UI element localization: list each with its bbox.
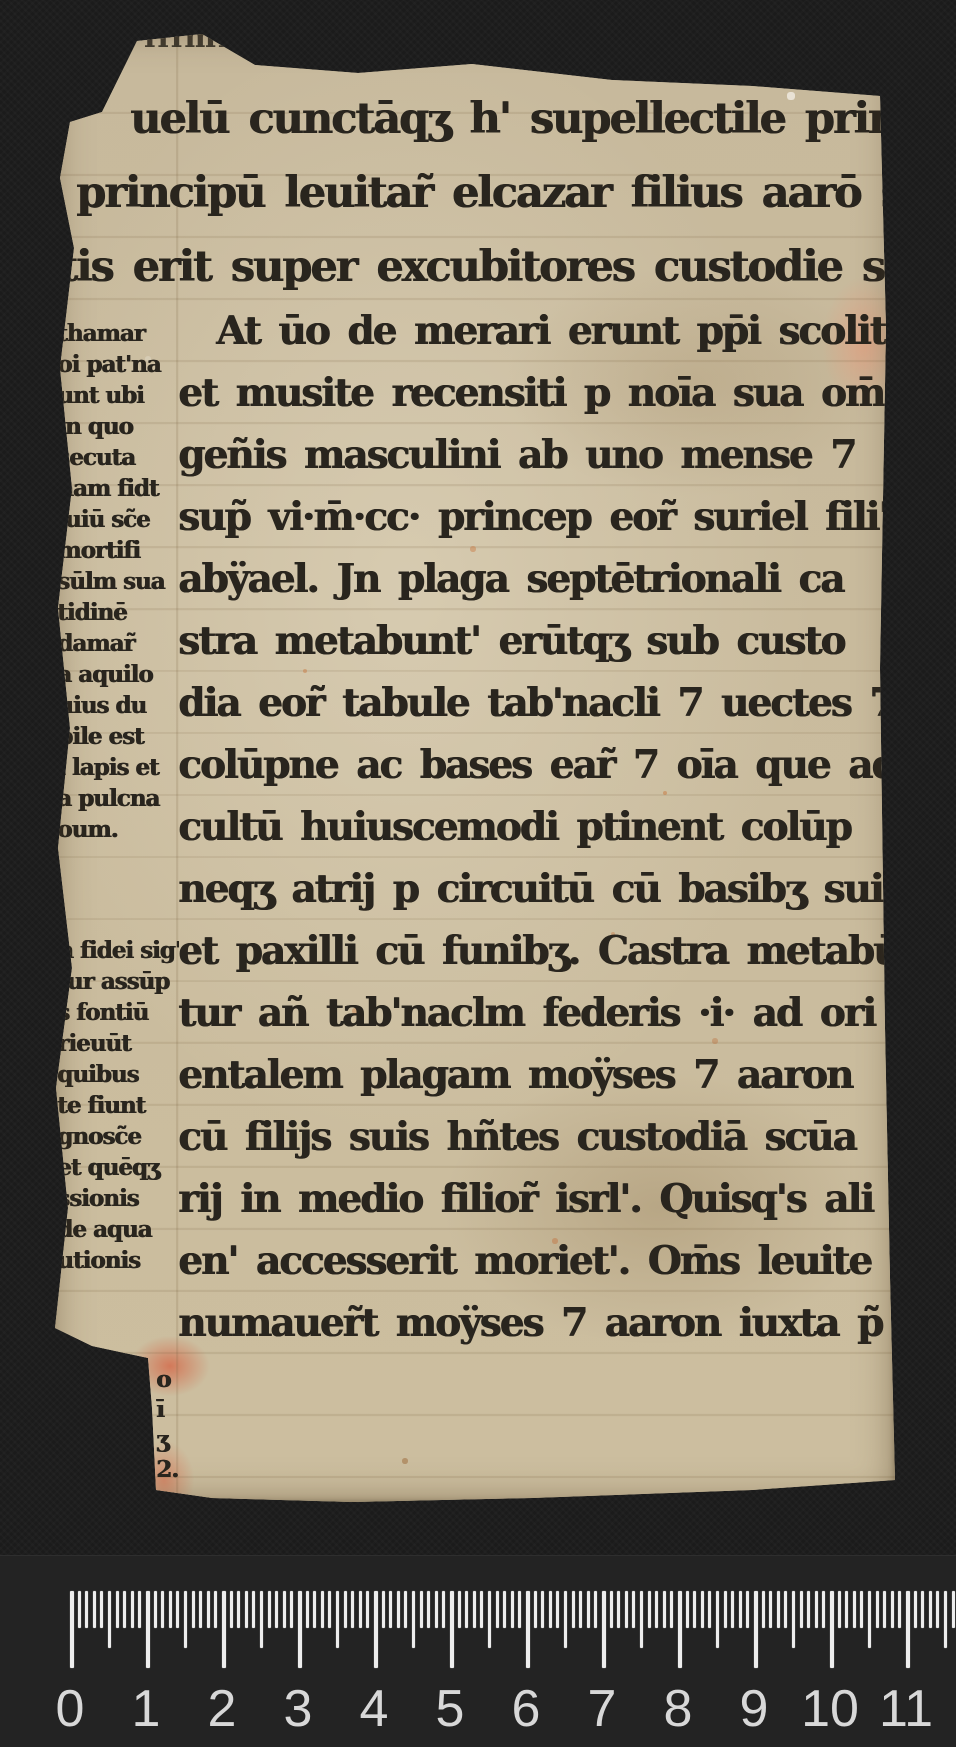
ruler-tick [290, 1591, 293, 1628]
ruler-tick [237, 1591, 240, 1628]
manuscript-text-line: principū leuitar̃ elcazar filius aarō sa… [76, 156, 884, 230]
ruler-tick [587, 1591, 590, 1628]
gloss-line: luiū sc̃e [57, 504, 179, 535]
ruler-tick [632, 1591, 635, 1628]
ruler-tick [936, 1591, 939, 1628]
ruler-tick [184, 1591, 187, 1648]
gloss-line: mortifi [57, 535, 179, 566]
ruler-tick [306, 1591, 309, 1628]
photo-stage: ıııḿıı uelū cunctāqʒ h' supellectile pri… [0, 0, 956, 1747]
ruler-tick [853, 1591, 856, 1628]
ruler-tick [427, 1591, 430, 1628]
marginal-gloss-upper: thamaroi pat'naunt ubiin quosecutanam fi… [57, 318, 179, 845]
ruler-tick [663, 1591, 666, 1628]
ruler-number: 8 [664, 1679, 693, 1739]
gloss-line: a aquilo [57, 659, 179, 690]
ruler-tick [496, 1591, 499, 1628]
ruler-tick [85, 1591, 88, 1628]
ruler-tick [344, 1591, 347, 1628]
ruler-tick [800, 1591, 803, 1628]
manuscript-text-line: tis erit super excubitores custodie scūa… [58, 230, 884, 304]
ruler-tick [815, 1591, 818, 1628]
ruler-tick [298, 1591, 302, 1668]
ruler-tick [625, 1591, 628, 1628]
ruler-number: 0 [56, 1679, 85, 1739]
ruler-number: 7 [588, 1679, 617, 1739]
ruler-tick [146, 1591, 150, 1668]
ruler-tick [906, 1591, 910, 1668]
ruler-number: 9 [740, 1679, 769, 1739]
manuscript-text-line: neqʒ atrij p circuitū cū basibʒ suis [178, 858, 888, 920]
ruler-tick [876, 1591, 879, 1628]
ruler-tick [807, 1591, 810, 1628]
ruler-number: 11 [879, 1679, 933, 1739]
ruler-tick [435, 1591, 438, 1628]
ruler-tick [610, 1591, 613, 1628]
top-edge-remnant-text: ıııḿıı [144, 20, 245, 55]
ruler-tick [860, 1591, 863, 1628]
gloss-line: utionis [57, 1245, 179, 1276]
ruler-tick [161, 1591, 164, 1628]
ruler-tick [93, 1591, 96, 1628]
gloss-line: te fiunt [57, 1090, 179, 1121]
manuscript-text-line: abÿael. Jn plaga septētrionali ca [178, 548, 888, 610]
manuscript-text-line: uelū cunctāqʒ h' supellectile princeps [130, 82, 884, 156]
gloss-line: thamar [57, 318, 179, 349]
ruler-tick [207, 1591, 210, 1628]
ruler-tick [488, 1591, 491, 1648]
ruler-tick [100, 1591, 103, 1628]
ruler-tick [252, 1591, 255, 1628]
gloss-line: unt ubi [57, 380, 179, 411]
ruler-tick [754, 1591, 758, 1668]
ruler-tick [822, 1591, 825, 1628]
manuscript-text-line: geñis masculini ab uno mense 7 [178, 424, 888, 486]
ruler-tick [123, 1591, 126, 1628]
gloss-line: in quo [57, 411, 179, 442]
gloss-line: tur assūp [57, 966, 179, 997]
ruler-number: 1 [132, 1679, 161, 1739]
manuscript-text-line: numauer̃t moÿses 7 aaron iuxta p̃ [178, 1292, 888, 1354]
ruler-tick [480, 1591, 483, 1628]
ruler-tick [686, 1591, 689, 1628]
ruler-tick [199, 1591, 202, 1628]
gloss-line: ssionis [57, 1183, 179, 1214]
manuscript-text-line: et musite recensiti p noīa sua om̄s [178, 362, 888, 424]
ruler-tick [511, 1591, 514, 1628]
ruler-tick [914, 1591, 917, 1628]
manuscript-fragment: ıııḿıı uelū cunctāqʒ h' supellectile pri… [52, 28, 895, 1502]
gloss-line: a pulcna [57, 783, 179, 814]
ruler-tick [214, 1591, 217, 1628]
gloss-line: 2. [156, 1455, 236, 1485]
ruler: 01234567891011 [0, 1555, 956, 1747]
ruler-tick [503, 1591, 506, 1628]
ruler-tick [116, 1591, 119, 1628]
ruler-tick [442, 1591, 445, 1628]
ruler-tick [351, 1591, 354, 1628]
ruler-tick [465, 1591, 468, 1628]
top-text-block: uelū cunctāqʒ h' supellectile princepspr… [58, 82, 884, 304]
gloss-line: ī [156, 1395, 236, 1425]
gloss-line: bile est [57, 721, 179, 752]
ruler-tick [450, 1591, 454, 1668]
ruler-tick [541, 1591, 544, 1628]
ruler-tick [845, 1591, 848, 1628]
ruler-tick [731, 1591, 734, 1628]
ruler-tick [283, 1591, 286, 1628]
ruler-number: 10 [801, 1679, 859, 1739]
ruler-tick [716, 1591, 719, 1648]
ruler-tick [830, 1591, 834, 1668]
ruler-tick [670, 1591, 673, 1628]
ruler-tick [70, 1591, 74, 1668]
manuscript-text-line: colūpne ac bases ear̃ 7 oīa que ad [178, 734, 888, 796]
ruler-tick [154, 1591, 157, 1628]
ruler-tick [898, 1591, 901, 1628]
ruler-tick [678, 1591, 682, 1668]
ruler-number: 4 [360, 1679, 389, 1739]
ruler-tick [321, 1591, 324, 1628]
gloss-line: quibus [57, 1059, 179, 1090]
gloss-line: oum. [57, 814, 179, 845]
ruler-tick [701, 1591, 704, 1628]
ruler-tick [891, 1591, 894, 1628]
manuscript-text-line: sup̃ vi·m̄·cc· princep eor̃ suriel fili' [178, 486, 888, 548]
manuscript-text-line: At ūo de merari erunt pp̄i scolite [178, 300, 888, 362]
gloss-line: ʒ [156, 1425, 236, 1455]
ruler-tick [784, 1591, 787, 1628]
ruler-tick [655, 1591, 658, 1628]
gloss-line: uius du [57, 690, 179, 721]
ruler-tick [883, 1591, 886, 1628]
ruler-tick [648, 1591, 651, 1628]
gloss-line: ī lapis et [57, 752, 179, 783]
manuscript-text-line: tur añ tab'naclm federis ·i· ad ori [178, 982, 888, 1044]
gloss-line: o [156, 1365, 236, 1395]
ruler-number: 3 [284, 1679, 313, 1739]
gloss-line: n fidei sig't [57, 935, 179, 966]
ruler-tick [131, 1591, 134, 1628]
ruler-number: 6 [512, 1679, 541, 1739]
ruler-number: 2 [208, 1679, 237, 1739]
gloss-line: de aqua [57, 1214, 179, 1245]
ruler-tick [397, 1591, 400, 1628]
ruler-tick [389, 1591, 392, 1628]
ruler-tick [693, 1591, 696, 1628]
ruler-tick [526, 1591, 530, 1668]
gloss-line: sūlm sua [57, 566, 179, 597]
manuscript-text-line: stra metabunt' erūtqʒ sub custo [178, 610, 888, 672]
manuscript-text-line: en' accesserit moriet'. Om̄s leuite q's [178, 1230, 888, 1292]
ruler-tick [313, 1591, 316, 1628]
ruler-tick [534, 1591, 537, 1628]
gloss-line: et quēqʒ [57, 1152, 179, 1183]
manuscript-text-line: rij in medio filior̃ isrl'. Quisq's ali [178, 1168, 888, 1230]
ruler-tick [929, 1591, 932, 1628]
ruler-tick [192, 1591, 195, 1628]
ruler-tick [404, 1591, 407, 1628]
parchment-stains [52, 28, 54, 30]
ruler-tick [245, 1591, 248, 1628]
ruler-tick [78, 1591, 81, 1628]
ruler-tick [944, 1591, 947, 1648]
ruler-tick [572, 1591, 575, 1628]
ruler-tick [708, 1591, 711, 1628]
ruler-tick [640, 1591, 643, 1648]
ruler-tick [549, 1591, 552, 1628]
main-text-block: At ūo de merari erunt pp̄i scoliteet mus… [178, 300, 888, 1354]
ruler-tick [138, 1591, 141, 1628]
ruler-tick [594, 1591, 597, 1628]
ruler-tick [617, 1591, 620, 1628]
ruler-tick [359, 1591, 362, 1628]
ruler-tick [769, 1591, 772, 1628]
ruler-tick [275, 1591, 278, 1628]
ruler-tick [374, 1591, 378, 1668]
gloss-line: rieuūt [57, 1028, 179, 1059]
ruler-tick [556, 1591, 559, 1628]
ruler-tick [420, 1591, 423, 1628]
ruler-tick [176, 1591, 179, 1628]
ruler-tick [746, 1591, 749, 1628]
ruler-tick [739, 1591, 742, 1628]
ruler-tick [328, 1591, 331, 1628]
ruler-tick [868, 1591, 871, 1648]
ruler-tick [838, 1591, 841, 1628]
gloss-line: secuta [57, 442, 179, 473]
ruler-tick [382, 1591, 385, 1628]
gloss-line: nam fidt [57, 473, 179, 504]
ruler-tick [777, 1591, 780, 1628]
gloss-line: tidinē [57, 597, 179, 628]
ruler-tick [602, 1591, 606, 1668]
ruler-number: 5 [436, 1679, 465, 1739]
ruler-tick [366, 1591, 369, 1628]
ruler-tick [458, 1591, 461, 1628]
ruler-tick [222, 1591, 226, 1668]
gloss-line: gnosc̃e [57, 1121, 179, 1152]
manuscript-text-line: entalem plagam moÿses 7 aaron [178, 1044, 888, 1106]
gloss-line: damar̃ [57, 628, 179, 659]
ruler-tick [921, 1591, 924, 1628]
ruler-tick [564, 1591, 567, 1648]
manuscript-text-line: et paxilli cū funibʒ. Castra metabū [178, 920, 888, 982]
ruler-tick [473, 1591, 476, 1628]
ruler-tick [260, 1591, 263, 1648]
manuscript-text-line: cultū huiuscemodi ptinent colūp [178, 796, 888, 858]
ruler-tick [412, 1591, 415, 1648]
ruler-tick [169, 1591, 172, 1628]
ruler-tick [762, 1591, 765, 1628]
ruler-tick [579, 1591, 582, 1628]
ruler-tick [268, 1591, 271, 1628]
marginal-gloss-corner: oīʒ2. [156, 1365, 236, 1485]
gloss-line: oi pat'na [57, 349, 179, 380]
ruler-tick [108, 1591, 111, 1648]
gloss-line: s fontiū [57, 997, 179, 1028]
marginal-gloss-lower: n fidei sig'ttur assūps fontiūrieuūtquib… [57, 935, 179, 1276]
ruler-tick [230, 1591, 233, 1628]
manuscript-text-line: dia eor̃ tabule tab'nacli 7 uectes 7 [178, 672, 888, 734]
ruler-tick [952, 1591, 955, 1628]
ruler-tick [724, 1591, 727, 1628]
ruler-tick [518, 1591, 521, 1628]
ruler-tick [792, 1591, 795, 1648]
manuscript-text-line: cū filijs suis hñtes custodiā scūa [178, 1106, 888, 1168]
ruler-tick [336, 1591, 339, 1648]
